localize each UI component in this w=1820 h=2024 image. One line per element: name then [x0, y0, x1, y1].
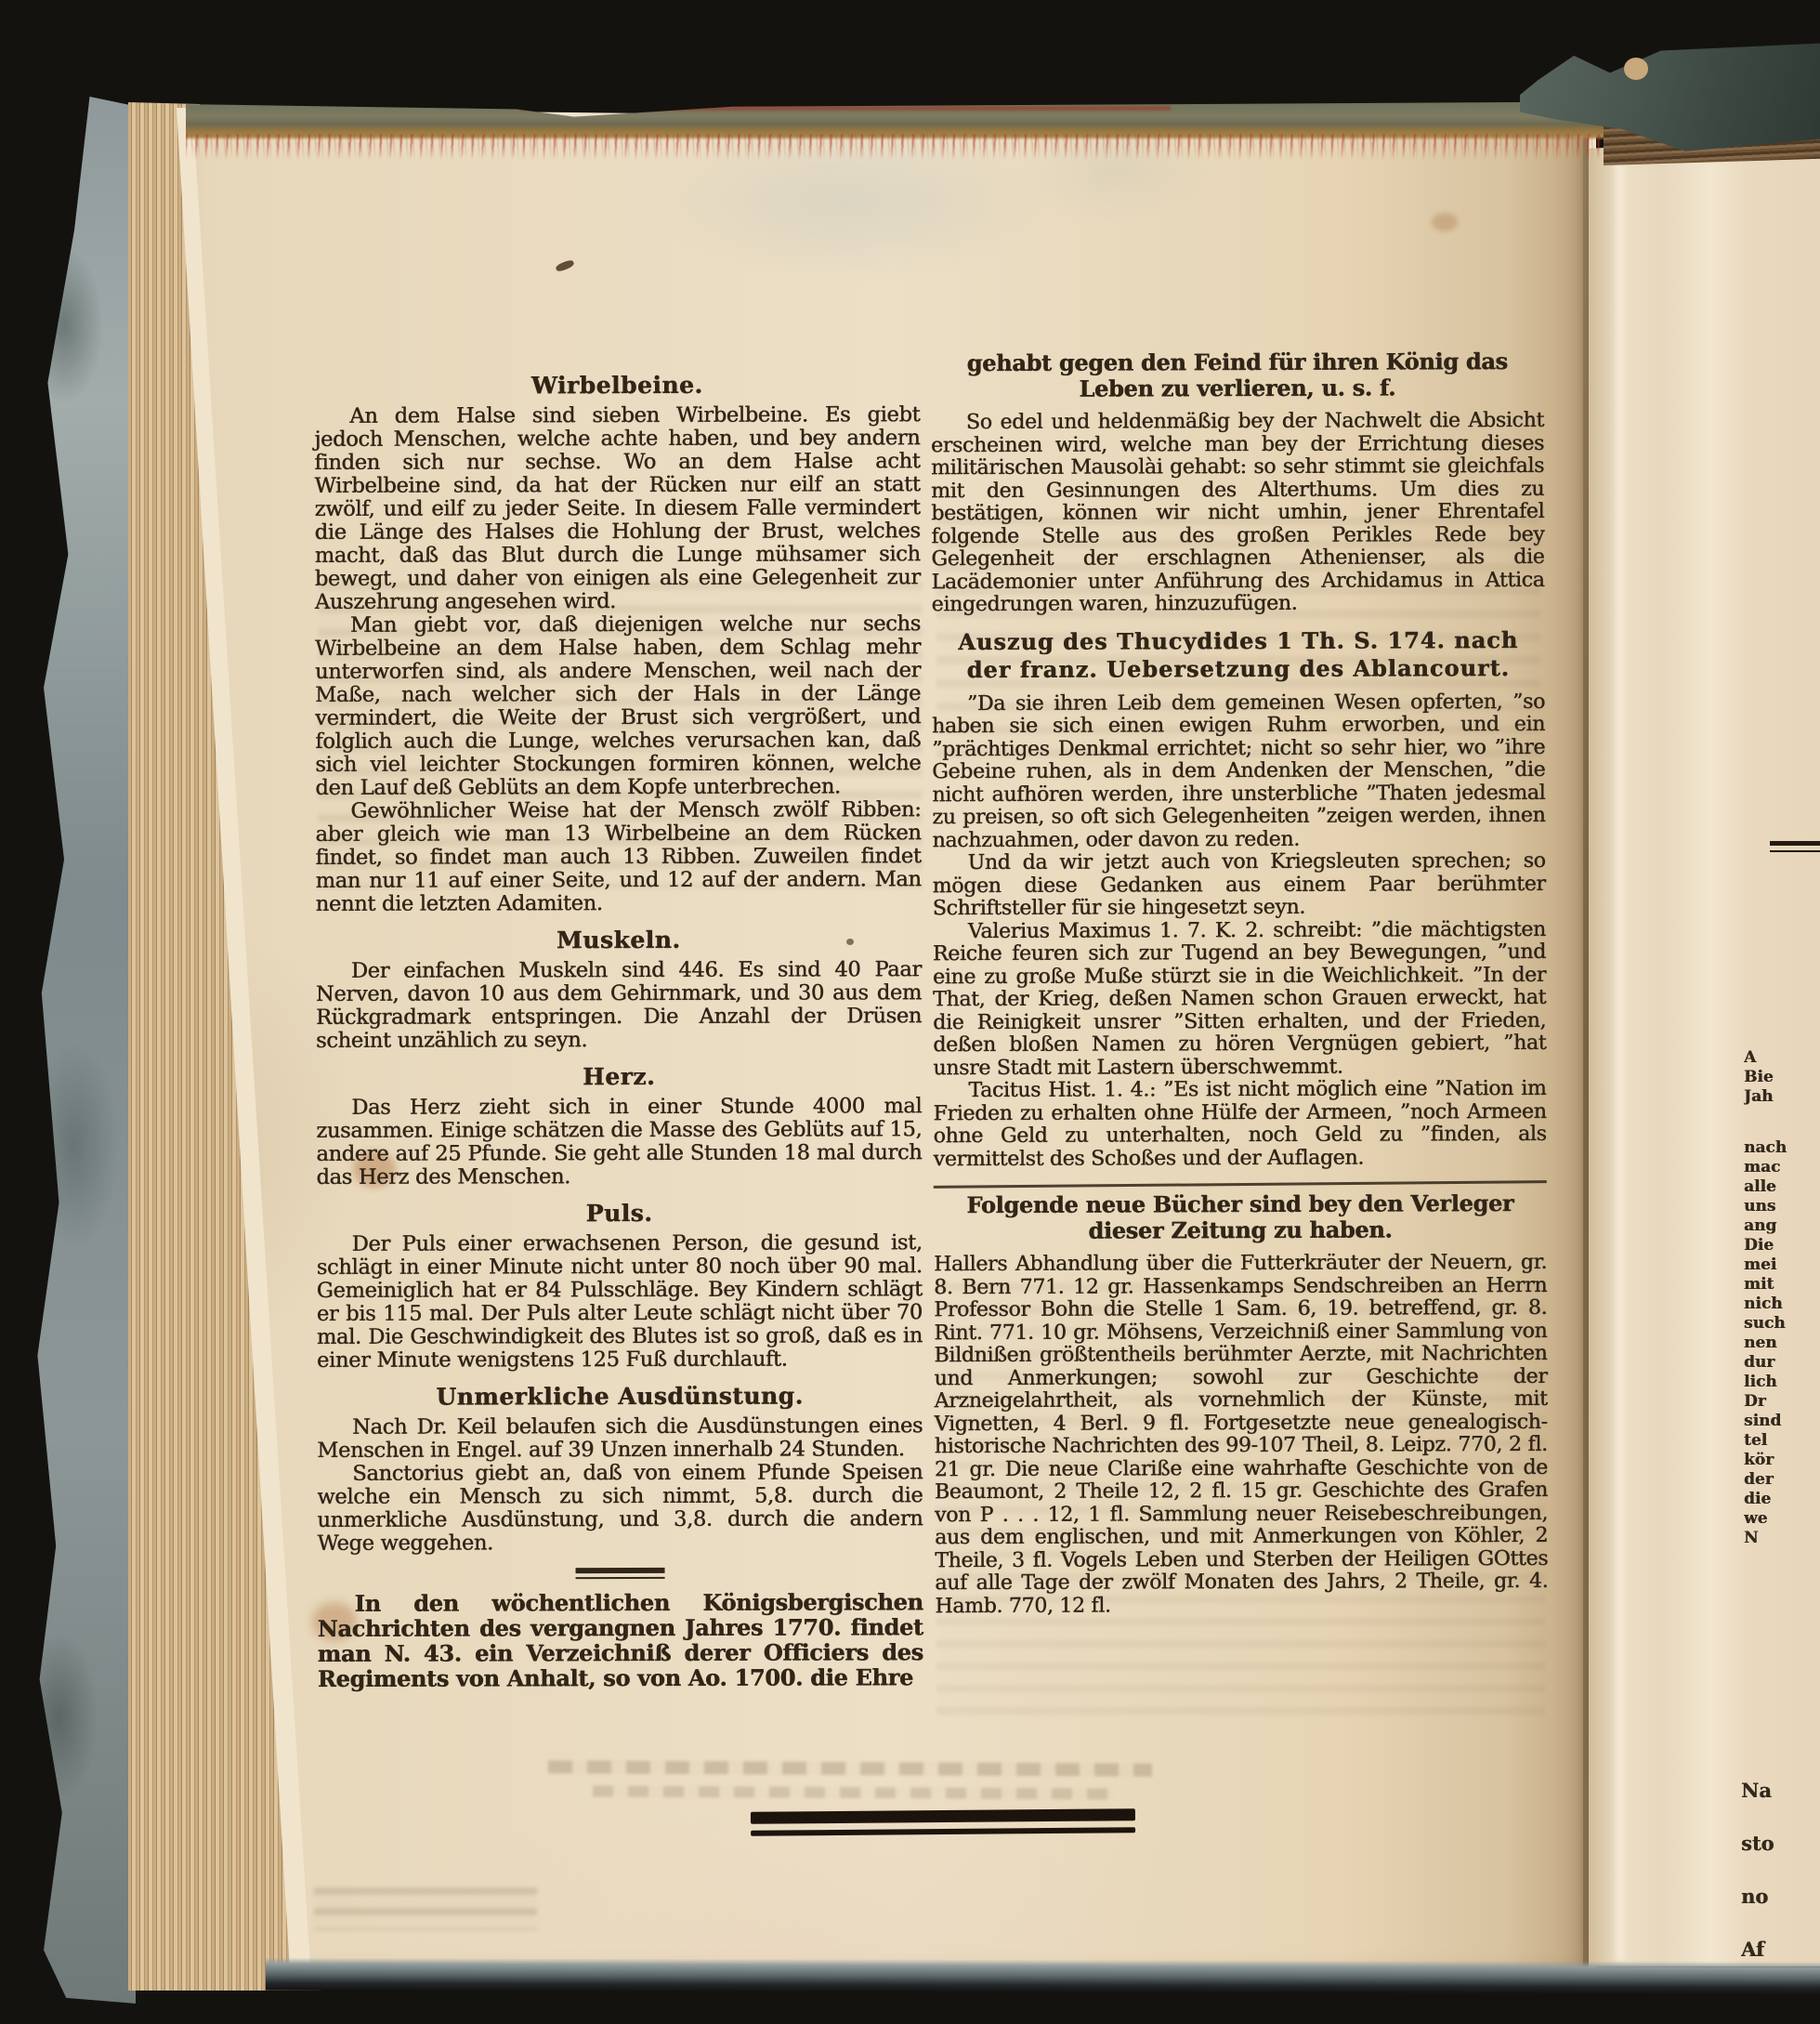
paragraph: Nach Dr. Keil belaufen sich die Ausdünst…: [317, 1414, 923, 1463]
book-cover-edge: [33, 97, 136, 2004]
text-fragment: ang: [1744, 1216, 1820, 1236]
text-fragment: Dr: [1744, 1392, 1820, 1412]
paragraph: Der Puls einer erwachsenen Person, die g…: [317, 1231, 923, 1373]
end-of-issue-bar: [751, 1808, 1135, 1836]
text-fragment: nen: [1744, 1334, 1820, 1353]
running-heading: gehabt gegen den Feind für ihren König d…: [931, 348, 1544, 402]
divider-rule: [576, 1568, 665, 1579]
divider-rule: [1770, 841, 1820, 852]
show-through-text-line: [548, 1760, 1152, 1776]
section-heading: Puls.: [316, 1201, 922, 1226]
section-heading: Wirbelbeine.: [314, 373, 920, 398]
text-fragment: such: [1744, 1314, 1820, 1334]
paragraph: Gewöhnlicher Weise hat der Mensch zwölf …: [315, 798, 921, 916]
cropped-text-fragments: NastonoAf: [1741, 1764, 1820, 1976]
notice-paragraph: In den wöchentlichen Königsbergischen Na…: [318, 1589, 923, 1691]
text-fragment: der: [1744, 1470, 1820, 1490]
subsection-heading: Auszug des Thucydides 1 Th. S. 174. nach…: [954, 625, 1523, 683]
page-top-edge: [186, 100, 1624, 164]
text-fragment: Die: [1744, 1236, 1820, 1255]
cropped-text-fragments: ABieJahnachmacalleunsangDiemeimitnichsuc…: [1744, 1048, 1820, 1548]
cover-wear-hole: [1624, 58, 1648, 80]
text-fragment: mei: [1744, 1255, 1820, 1275]
foxing-stain: [1432, 213, 1458, 231]
page-gutter-edge: [1583, 130, 1589, 1965]
section-heading: Herz.: [316, 1064, 922, 1089]
text-fragment: lich: [1744, 1373, 1820, 1392]
paragraph: Und da wir jetzt auch von Kriegsleuten s…: [933, 850, 1546, 921]
text-fragment: uns: [1744, 1197, 1820, 1216]
text-fragment: sto: [1741, 1817, 1820, 1870]
text-fragment: die: [1744, 1490, 1820, 1509]
thin-rule: [751, 1827, 1135, 1836]
text-fragment: mit: [1744, 1275, 1820, 1295]
text-fragment: Jah: [1744, 1087, 1820, 1107]
left-page: Wirbelbeine.An dem Halse sind sieben Wir…: [193, 117, 1589, 1968]
left-text-column: Wirbelbeine.An dem Halse sind sieben Wir…: [314, 360, 923, 1691]
fragment-gap: [1744, 1107, 1820, 1123]
text-fragment: we: [1744, 1509, 1820, 1529]
paragraph: So edel und heldenmäßig bey der Nachwelt…: [931, 410, 1545, 617]
text-fragment: mac: [1744, 1158, 1820, 1177]
paragraph: Sanctorius giebt an, daß von einem Pfund…: [317, 1461, 923, 1556]
text-fragment: Na: [1741, 1764, 1820, 1817]
paragraph: An dem Halse sind sieben Wirbelbeine. Es…: [314, 403, 921, 614]
text-fragment: alle: [1744, 1177, 1820, 1197]
gutter-crease-highlight: [1615, 139, 1624, 1961]
paragraph: Man giebt vor, daß diejenigen welche nur…: [315, 612, 922, 800]
fragment-gap: [1744, 1123, 1820, 1138]
text-fragment: tel: [1744, 1431, 1820, 1451]
running-heading: Folgende neue Bücher sind bey den Verleg…: [934, 1190, 1547, 1244]
red-edge-streak: [520, 106, 1171, 111]
column-rule: [934, 1180, 1547, 1189]
right-text-column: gehabt gegen den Feind für ihren König d…: [931, 347, 1549, 1618]
paragraph: Tacitus Hist. 1. 4.: ”Es ist nicht mögli…: [933, 1078, 1546, 1171]
section-heading: Unmerkliche Ausdünstung.: [317, 1384, 923, 1409]
text-fragment: N: [1744, 1529, 1820, 1548]
paragraph: Valerius Maximus 1. 7. K. 2. schreibt: ”…: [933, 918, 1547, 1080]
text-fragment: A: [1744, 1048, 1820, 1068]
text-fragment: kör: [1744, 1451, 1820, 1470]
show-through-text-line: [593, 1786, 1113, 1800]
text-fragment: nach: [1744, 1138, 1820, 1158]
text-fragment: no: [1741, 1870, 1820, 1923]
text-fragment: dur: [1744, 1353, 1820, 1373]
paragraph: Das Herz zieht sich in einer Stunde 4000…: [316, 1095, 922, 1189]
ink-speck: [555, 259, 575, 273]
section-heading: Muskeln.: [316, 927, 922, 953]
page-bottom-edge: [266, 1952, 1820, 1994]
text-fragment: Bie: [1744, 1068, 1820, 1087]
red-edge-speckles: [186, 134, 1624, 160]
paragraph: ”Da sie ihren Leib dem gemeinen Wesen op…: [932, 690, 1546, 852]
text-fragment: sind: [1744, 1412, 1820, 1431]
paragraph: Der einfachen Muskeln sind 446. Es sind …: [316, 958, 922, 1053]
show-through-shading: [314, 1887, 537, 1930]
book-scan: Wirbelbeine.An dem Halse sind sieben Wir…: [0, 0, 1820, 2024]
thick-rule: [751, 1808, 1135, 1824]
text-fragment: nich: [1744, 1295, 1820, 1314]
book-list-paragraph: Hallers Abhandlung über die Futterkräute…: [934, 1252, 1548, 1618]
